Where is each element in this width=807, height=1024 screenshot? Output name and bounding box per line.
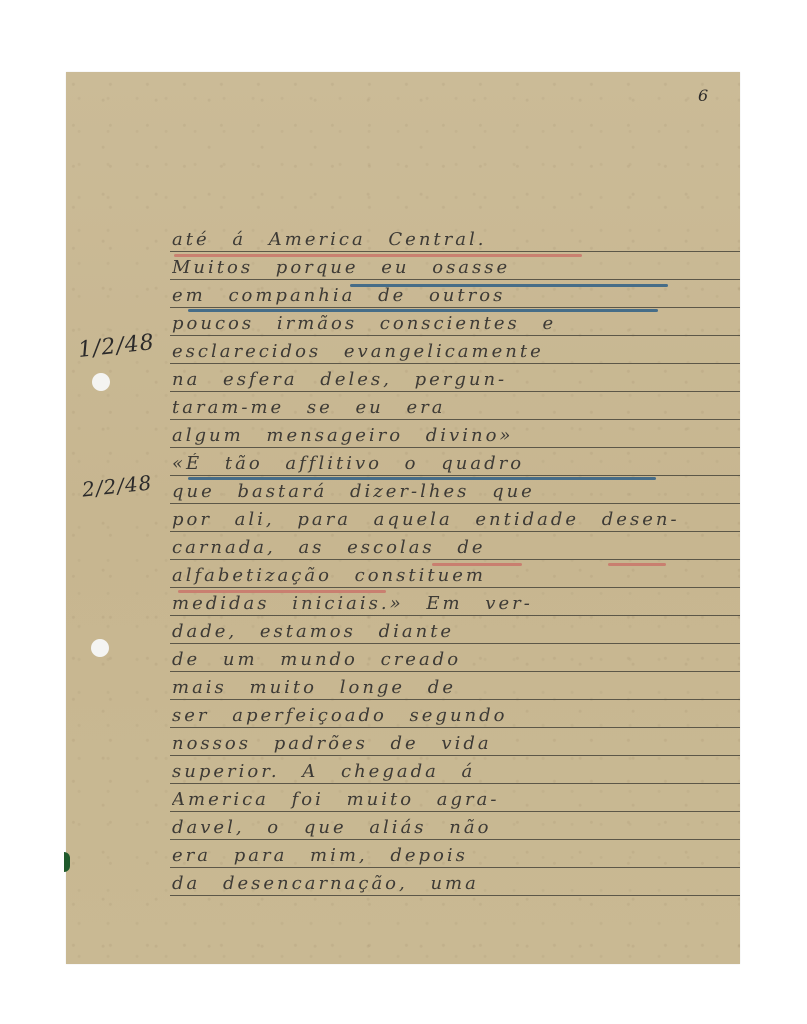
text-line: em companhia de outros (170, 280, 740, 308)
line-text: Muitos porque eu osasse (172, 257, 736, 278)
line-text: na esfera deles, pergun- (172, 369, 736, 390)
page-number: 6 (698, 86, 708, 105)
line-text: ser aperfeiçoado segundo (172, 705, 736, 726)
text-line: esclarecidos evangelicamente (170, 336, 740, 364)
ruled-text-block: até á America Central. Muitos porque eu … (170, 224, 740, 896)
text-line: «É tão afflitivo o quadro (170, 448, 740, 476)
text-line: taram-me se eu era (170, 392, 740, 420)
green-edge-mark (64, 852, 70, 872)
line-text: poucos irmãos conscientes e (172, 313, 736, 334)
text-line: algum mensageiro divino» (170, 420, 740, 448)
line-text: taram-me se eu era (172, 397, 736, 418)
text-line: America foi muito agra- (170, 784, 740, 812)
line-text: de um mundo creado (172, 649, 736, 670)
line-text: em companhia de outros (172, 285, 736, 306)
line-text: dade, estamos diante (172, 621, 736, 642)
line-text: por ali, para aquela entidade desen- (172, 509, 736, 530)
line-text: era para mim, depois (172, 845, 736, 866)
text-line: dade, estamos diante (170, 616, 740, 644)
text-line: poucos irmãos conscientes e (170, 308, 740, 336)
punch-hole-top (92, 373, 110, 391)
margin-date-1: 1/2/48 (77, 330, 156, 363)
line-text: alfabetização constituem (172, 565, 736, 586)
text-line: da desencarnação, uma (170, 868, 740, 896)
line-text: «É tão afflitivo o quadro (172, 453, 736, 474)
text-line: carnada, as escolas de (170, 532, 740, 560)
text-line: superior. A chegada á (170, 756, 740, 784)
line-text: davel, o que aliás não (172, 817, 736, 838)
text-line: Muitos porque eu osasse (170, 252, 740, 280)
text-line: que bastará dizer-lhes que (170, 476, 740, 504)
text-line: era para mim, depois (170, 840, 740, 868)
line-text: algum mensageiro divino» (172, 425, 736, 446)
line-text: superior. A chegada á (172, 761, 736, 782)
text-line: davel, o que aliás não (170, 812, 740, 840)
text-line: mais muito longe de (170, 672, 740, 700)
line-text: carnada, as escolas de (172, 537, 736, 558)
line-text: medidas iniciais.» Em ver- (172, 593, 736, 614)
line-text: esclarecidos evangelicamente (172, 341, 736, 362)
line-text: da desencarnação, uma (172, 873, 736, 894)
line-text: que bastará dizer-lhes que (172, 481, 736, 502)
text-line: alfabetização constituem (170, 560, 740, 588)
punch-hole-bottom (91, 639, 109, 657)
margin-date-2: 2/2/48 (81, 470, 153, 501)
text-line: nossos padrões de vida (170, 728, 740, 756)
line-text: nossos padrões de vida (172, 733, 736, 754)
line-text: America foi muito agra- (172, 789, 736, 810)
text-line: por ali, para aquela entidade desen- (170, 504, 740, 532)
text-line: até á America Central. (170, 224, 740, 252)
text-line: de um mundo creado (170, 644, 740, 672)
text-line: ser aperfeiçoado segundo (170, 700, 740, 728)
line-text: mais muito longe de (172, 677, 736, 698)
line-text: até á America Central. (172, 229, 736, 250)
text-line: medidas iniciais.» Em ver- (170, 588, 740, 616)
manuscript-page: 6 1/2/48 2/2/48 até á America Central. M… (66, 72, 740, 964)
text-line: na esfera deles, pergun- (170, 364, 740, 392)
